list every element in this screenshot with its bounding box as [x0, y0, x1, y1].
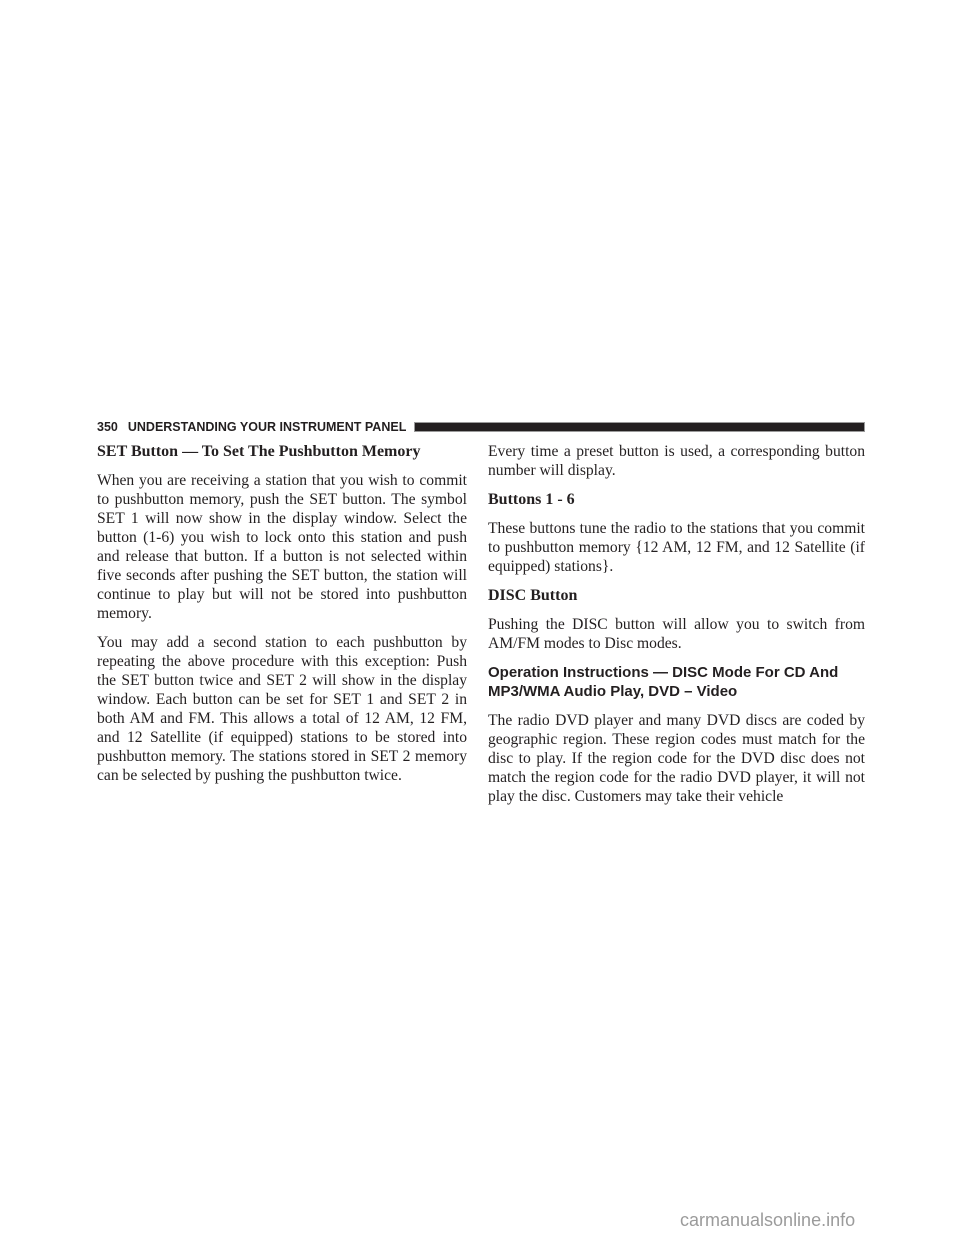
- heading-buttons-1-6: Buttons 1 - 6: [488, 490, 865, 509]
- paragraph-disc-button: Pushing the DISC button will allow you t…: [488, 615, 865, 653]
- paragraph-set-button-procedure: When you are receiving a station that yo…: [97, 471, 467, 623]
- heading-disc-button: DISC Button: [488, 586, 865, 605]
- paragraph-buttons-1-6: These buttons tune the radio to the stat…: [488, 519, 865, 576]
- section-title: UNDERSTANDING YOUR INSTRUMENT PANEL: [128, 420, 406, 434]
- left-column: SET Button — To Set The Pushbutton Memor…: [97, 442, 467, 795]
- paragraph-second-station: You may add a second station to each pus…: [97, 633, 467, 785]
- paragraph-region-codes: The radio DVD player and many DVD discs …: [488, 711, 865, 806]
- watermark: carmanualsonline.info: [680, 1210, 855, 1231]
- heading-operation-instructions: Operation Instructions — DISC Mode For C…: [488, 663, 865, 701]
- heading-set-button: SET Button — To Set The Pushbutton Memor…: [97, 442, 467, 461]
- page-header: 350 UNDERSTANDING YOUR INSTRUMENT PANEL: [97, 419, 865, 434]
- header-rule-bar: [414, 422, 865, 432]
- page-number: 350: [97, 420, 118, 434]
- paragraph-preset-display: Every time a preset button is used, a co…: [488, 442, 865, 480]
- right-column: Every time a preset button is used, a co…: [488, 442, 865, 816]
